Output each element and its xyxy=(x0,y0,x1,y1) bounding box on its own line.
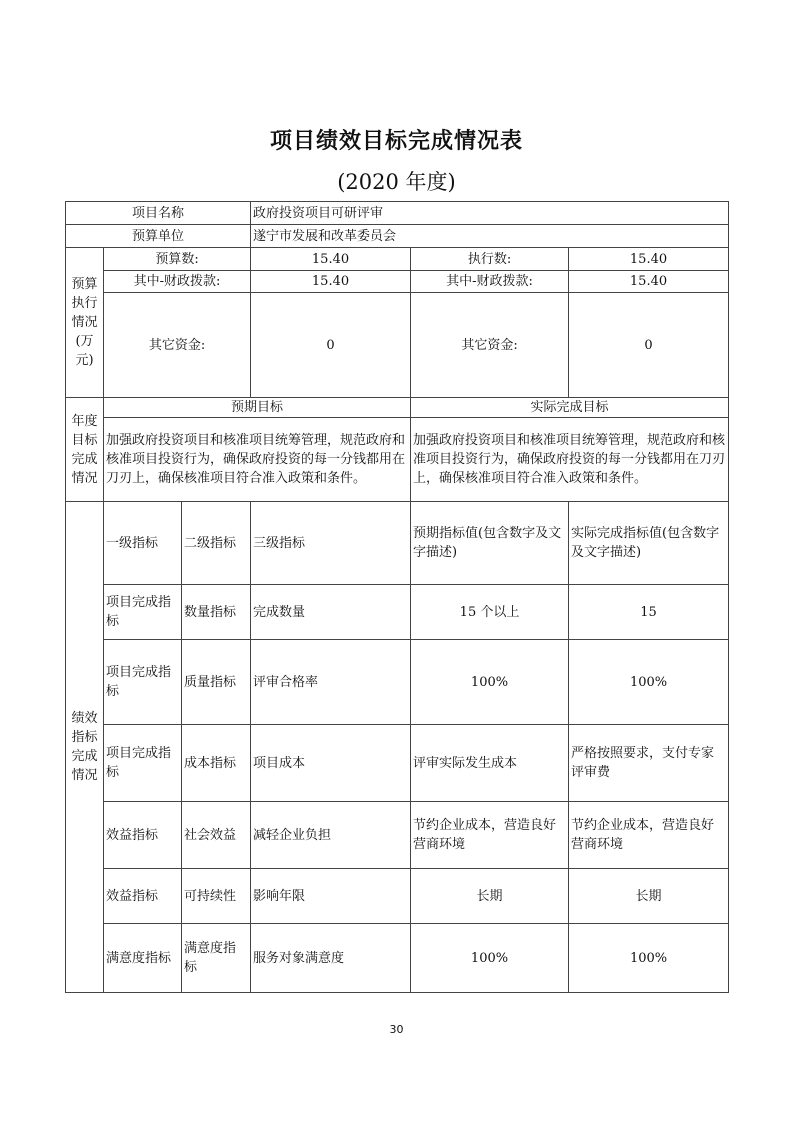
column-header-level2: 二级指标 xyxy=(182,502,251,585)
level2-cell: 成本指标 xyxy=(182,725,251,802)
level3-cell: 减轻企业负担 xyxy=(251,802,411,869)
executed-amount-label: 执行数: xyxy=(411,248,569,271)
project-name-label: 项目名称 xyxy=(66,202,251,225)
other-value-left: 0 xyxy=(251,293,411,398)
other-label-left: 其它资金: xyxy=(104,293,251,398)
actual-cell: 100% xyxy=(569,640,729,725)
performance-table: 项目名称 政府投资项目可研评审 预算单位 遂宁市发展和改革委员会 预算执行情况(… xyxy=(65,201,729,993)
fiscal-label-left: 其中-财政拨款: xyxy=(104,271,251,293)
executed-amount-value: 15.40 xyxy=(569,248,729,271)
table-row: 效益指标 社会效益 减轻企业负担 节约企业成本，营造良好营商环境 节约企业成本，… xyxy=(66,802,729,869)
budget-unit-value: 遂宁市发展和改革委员会 xyxy=(251,225,729,248)
indicator-header-row: 绩效指标完成情况 一级指标 二级指标 三级指标 预期指标值(包含数字及文字描述)… xyxy=(66,502,729,585)
actual-cell: 长期 xyxy=(569,869,729,924)
column-header-expected: 预期指标值(包含数字及文字描述) xyxy=(411,502,569,585)
indicator-section-label: 绩效指标完成情况 xyxy=(66,502,104,993)
level2-cell: 可持续性 xyxy=(182,869,251,924)
project-name-value: 政府投资项目可研评审 xyxy=(251,202,729,225)
budget-amount-row: 预算执行情况(万元) 预算数: 15.40 执行数: 15.40 xyxy=(66,248,729,271)
level2-cell: 数量指标 xyxy=(182,585,251,640)
level1-cell: 项目完成指标 xyxy=(104,640,182,725)
actual-cell: 15 xyxy=(569,585,729,640)
expected-cell: 100% xyxy=(411,640,569,725)
expected-cell: 评审实际发生成本 xyxy=(411,725,569,802)
actual-cell: 节约企业成本，营造良好营商环境 xyxy=(569,802,729,869)
actual-goal-text: 加强政府投资项目和核准项目统筹管理，规范政府和核准项目投资行为，确保政府投资的每… xyxy=(411,418,729,502)
level2-cell: 满意度指标 xyxy=(182,924,251,993)
level3-cell: 评审合格率 xyxy=(251,640,411,725)
column-header-level3: 三级指标 xyxy=(251,502,411,585)
level1-cell: 效益指标 xyxy=(104,869,182,924)
budget-amount-label: 预算数: xyxy=(104,248,251,271)
level3-cell: 影响年限 xyxy=(251,869,411,924)
column-header-actual: 实际完成指标值(包含数字及文字描述) xyxy=(569,502,729,585)
expected-cell: 节约企业成本，营造良好营商环境 xyxy=(411,802,569,869)
actual-cell: 100% xyxy=(569,924,729,993)
annual-goal-section-label: 年度目标完成情况 xyxy=(66,398,104,502)
expected-cell: 15 个以上 xyxy=(411,585,569,640)
expected-cell: 100% xyxy=(411,924,569,993)
column-header-level1: 一级指标 xyxy=(104,502,182,585)
page-subtitle: (2020 年度) xyxy=(0,166,793,196)
actual-goal-header: 实际完成目标 xyxy=(411,398,729,418)
level2-cell: 社会效益 xyxy=(182,802,251,869)
level3-cell: 完成数量 xyxy=(251,585,411,640)
table-row: 效益指标 可持续性 影响年限 长期 长期 xyxy=(66,869,729,924)
expected-goal-text: 加强政府投资项目和核准项目统筹管理，规范政府和核准项目投资行为，确保政府投资的每… xyxy=(104,418,411,502)
table-row: 项目完成指标 成本指标 项目成本 评审实际发生成本 严格按照要求，支付专家评审费 xyxy=(66,725,729,802)
fiscal-value-left: 15.40 xyxy=(251,271,411,293)
level1-cell: 效益指标 xyxy=(104,802,182,869)
level3-cell: 项目成本 xyxy=(251,725,411,802)
project-name-row: 项目名称 政府投资项目可研评审 xyxy=(66,202,729,225)
annual-goal-header-row: 年度目标完成情况 预期目标 实际完成目标 xyxy=(66,398,729,418)
table-row: 满意度指标 满意度指标 服务对象满意度 100% 100% xyxy=(66,924,729,993)
budget-amount-value: 15.40 xyxy=(251,248,411,271)
level3-cell: 服务对象满意度 xyxy=(251,924,411,993)
level1-cell: 项目完成指标 xyxy=(104,585,182,640)
table-row: 项目完成指标 质量指标 评审合格率 100% 100% xyxy=(66,640,729,725)
fiscal-value-right: 15.40 xyxy=(569,271,729,293)
annual-goal-text-row: 加强政府投资项目和核准项目统筹管理，规范政府和核准项目投资行为，确保政府投资的每… xyxy=(66,418,729,502)
table-row: 项目完成指标 数量指标 完成数量 15 个以上 15 xyxy=(66,585,729,640)
fiscal-row: 其中-财政拨款: 15.40 其中-财政拨款: 15.40 xyxy=(66,271,729,293)
budget-unit-row: 预算单位 遂宁市发展和改革委员会 xyxy=(66,225,729,248)
expected-cell: 长期 xyxy=(411,869,569,924)
level1-cell: 项目完成指标 xyxy=(104,725,182,802)
budget-section-label: 预算执行情况(万元) xyxy=(66,248,104,398)
fiscal-label-right: 其中-财政拨款: xyxy=(411,271,569,293)
level2-cell: 质量指标 xyxy=(182,640,251,725)
page-number: 30 xyxy=(0,1023,793,1036)
other-label-right: 其它资金: xyxy=(411,293,569,398)
page-title: 项目绩效目标完成情况表 xyxy=(0,124,793,155)
expected-goal-header: 预期目标 xyxy=(104,398,411,418)
actual-cell: 严格按照要求，支付专家评审费 xyxy=(569,725,729,802)
other-funds-row: 其它资金: 0 其它资金: 0 xyxy=(66,293,729,398)
level1-cell: 满意度指标 xyxy=(104,924,182,993)
budget-unit-label: 预算单位 xyxy=(66,225,251,248)
other-value-right: 0 xyxy=(569,293,729,398)
